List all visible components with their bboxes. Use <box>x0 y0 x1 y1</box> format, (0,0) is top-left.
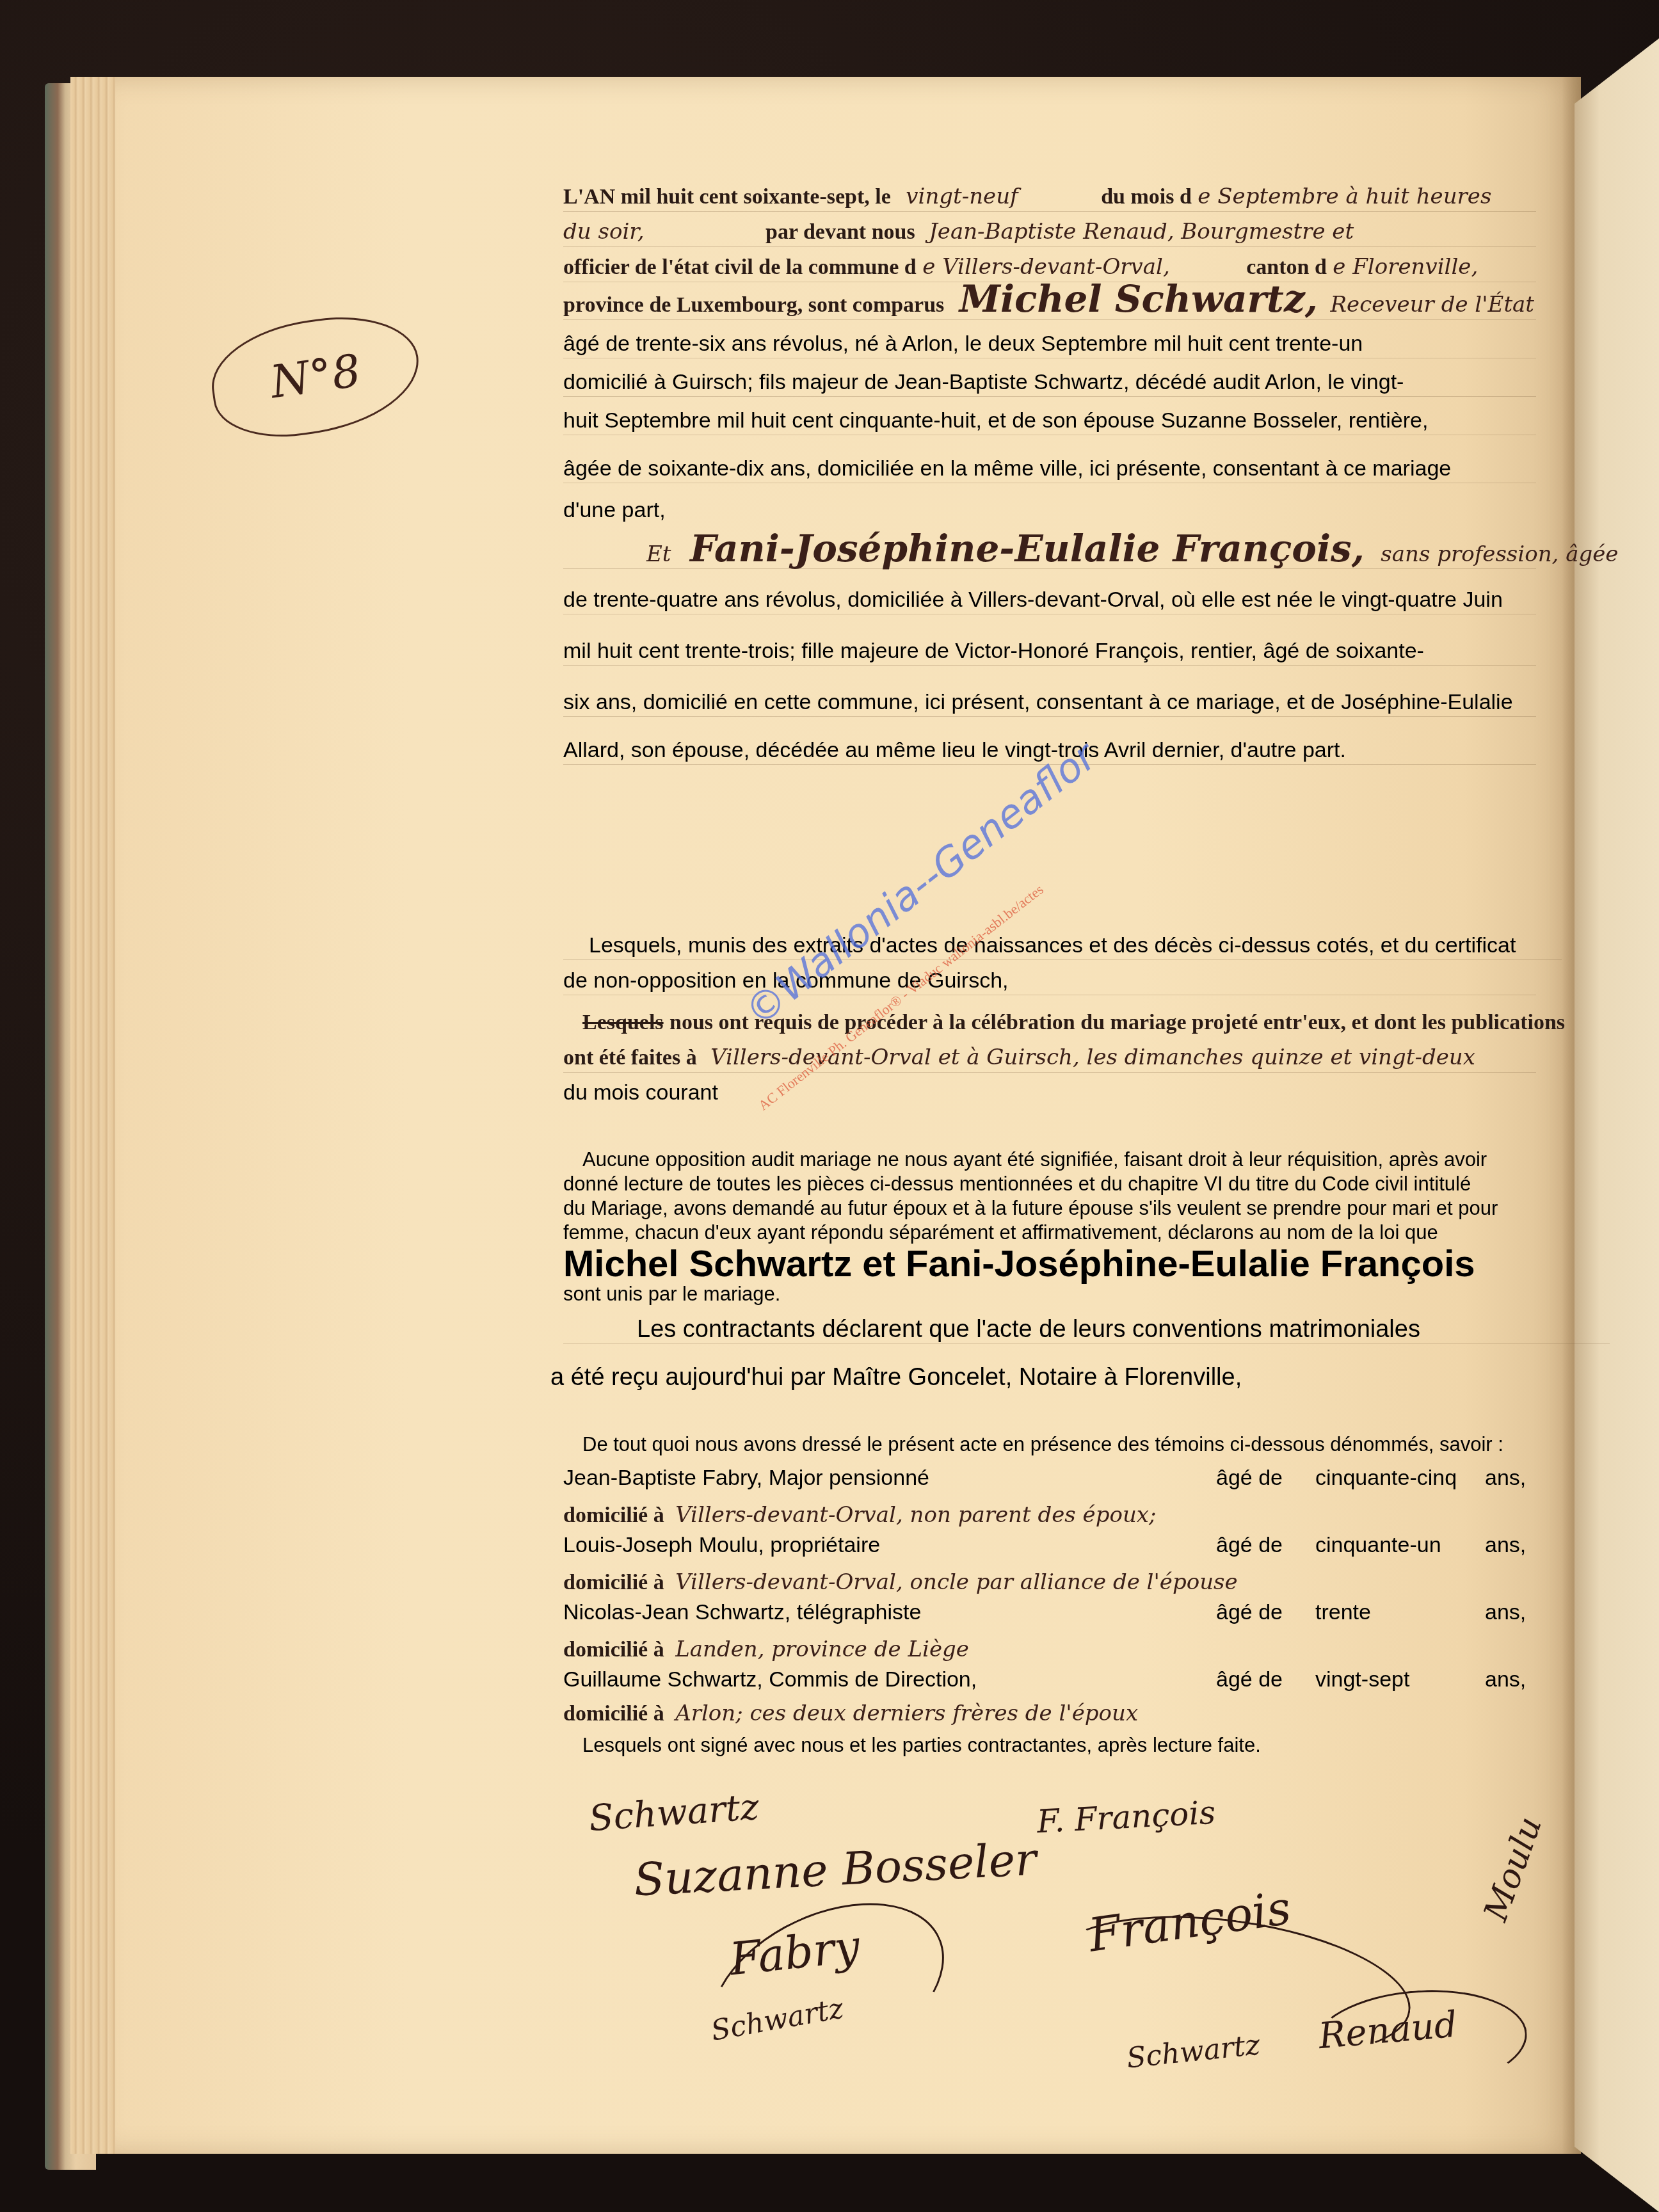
header-print: canton d <box>1246 255 1327 279</box>
publications-print: ont été faites à <box>563 1046 697 1070</box>
domicile-label: domicilié à <box>563 1702 664 1726</box>
united-statement: sont unis par le mariage. <box>563 1280 1536 1308</box>
time-of-day: du soir, <box>563 219 645 244</box>
commune-name: e Villers-devant-Orval, <box>922 254 1170 280</box>
header-print: L'AN mil huit cent soixante-sept, le <box>563 185 891 209</box>
bride-name: Fani-Joséphine-Eulalie François, <box>690 527 1365 570</box>
groom-line-3: huit Septembre mil huit cent cinquante-h… <box>563 406 1536 435</box>
ans-label: ans, <box>1485 1466 1526 1491</box>
witness-name: Louis-Joseph Moulu, propriétaire <box>563 1533 880 1558</box>
age-label: âgé de <box>1216 1466 1283 1491</box>
header-line-4: province de Luxembourg, sont comparus Mi… <box>563 285 1536 320</box>
contract-line-1: Les contractants déclarent que l'acte de… <box>563 1315 1610 1344</box>
ans-label: ans, <box>1485 1533 1526 1558</box>
ans-label: ans, <box>1485 1600 1526 1625</box>
canton-name: e Florenville, <box>1333 254 1478 280</box>
groom-line-5: d'une part, <box>563 496 1536 524</box>
witness-2: Louis-Joseph Moulu, propriétaire âgé de … <box>563 1533 1523 1565</box>
witness-name: Jean-Baptiste Fabry, Major pensionné <box>563 1466 929 1491</box>
bride-line-3: six ans, domicilié en cette commune, ici… <box>563 688 1536 717</box>
witness-age: trente <box>1315 1600 1371 1625</box>
publications-line-2: de non-opposition en la commune de Guirs… <box>563 966 1536 995</box>
bride-line-2: mil huit cent trente-trois; fille majeur… <box>563 637 1536 666</box>
page-stack <box>70 77 122 2154</box>
groom-line-2: domicilié à Guirsch; fils majeur de Jean… <box>563 368 1536 397</box>
witness-domicile: Arlon; ces deux derniers frères de l'épo… <box>675 1701 1138 1726</box>
witness-age: cinquante-cinq <box>1315 1466 1457 1491</box>
publications-line-1: Lesquels, munis des extraits d'actes de … <box>563 931 1562 960</box>
header-line-1: L'AN mil huit cent soixante-sept, le vin… <box>563 182 1536 212</box>
date-day: vingt-neuf <box>906 184 1018 209</box>
publications-line-4: ont été faites à Villers-devant-Orval et… <box>563 1043 1536 1073</box>
acte-number-text: N°8 <box>268 344 364 409</box>
witness-4-domicile: domicilié à Arlon; ces deux derniers frè… <box>563 1699 1536 1728</box>
witness-age: vingt-sept <box>1315 1667 1409 1692</box>
ans-label: ans, <box>1485 1667 1526 1692</box>
age-label: âgé de <box>1216 1533 1283 1558</box>
contract-line-2: a été reçu aujourd'hui par Maître Goncel… <box>550 1363 1523 1391</box>
witness-4: Guillaume Schwartz, Commis de Direction,… <box>563 1667 1523 1699</box>
witness-domicile: Landen, province de Liège <box>675 1637 969 1662</box>
publications-line-3: Lesquels nous ont requis de procéder à l… <box>563 1008 1536 1037</box>
header-print: par devant nous <box>765 220 915 244</box>
groom-profession: Receveur de l'État <box>1330 292 1534 317</box>
witness-age: cinquante-un <box>1315 1533 1441 1558</box>
bride-intro: Et <box>646 541 671 567</box>
header-print: officier de l'état civil de la commune d <box>563 255 917 279</box>
publications-line-5: du mois courant <box>563 1078 1536 1107</box>
bride-line-intro: Et Fani-Joséphine-Eulalie François, sans… <box>563 534 1536 569</box>
age-label: âgé de <box>1216 1600 1283 1625</box>
witness-name: Nicolas-Jean Schwartz, télégraphiste <box>563 1600 921 1625</box>
witness-3-domicile: domicilié à Landen, province de Liège <box>563 1635 1536 1664</box>
officer-name: Jean-Baptiste Renaud, Bourgmestre et <box>929 219 1354 244</box>
bride-profession: sans profession, âgée <box>1381 541 1618 567</box>
age-label: âgé de <box>1216 1667 1283 1692</box>
witness-name: Guillaume Schwartz, Commis de Direction, <box>563 1667 977 1692</box>
closing-statement: Lesquels ont signé avec nous et les part… <box>563 1731 1555 1759</box>
witness-3: Nicolas-Jean Schwartz, télégraphiste âgé… <box>563 1600 1523 1632</box>
witnesses-intro: De tout quoi nous avons dressé le présen… <box>563 1431 1555 1459</box>
groom-name: Michel Schwartz, <box>959 277 1318 321</box>
witness-domicile: Villers-devant-Orval, non parent des épo… <box>675 1502 1156 1528</box>
facing-page <box>1575 38 1659 2212</box>
date-month-hour: e Septembre à huit heures <box>1198 184 1491 209</box>
groom-line-1: âgé de trente-six ans révolus, né à Arlo… <box>563 330 1536 358</box>
domicile-label: domicilié à <box>563 1638 664 1662</box>
header-print: province de Luxembourg, sont comparus <box>563 293 944 317</box>
domicile-label: domicilié à <box>563 1571 664 1594</box>
witness-1-domicile: domicilié à Villers-devant-Orval, non pa… <box>563 1501 1536 1530</box>
witness-1: Jean-Baptiste Fabry, Major pensionné âgé… <box>563 1466 1523 1498</box>
struck-word: Lesquels <box>582 1011 664 1034</box>
witness-2-domicile: domicilié à Villers-devant-Orval, oncle … <box>563 1568 1536 1597</box>
header-line-2: du soir, par devant nous Jean-Baptiste R… <box>563 218 1536 247</box>
header-print: du mois d <box>1101 185 1192 209</box>
witness-domicile: Villers-devant-Orval, oncle par alliance… <box>675 1569 1237 1595</box>
domicile-label: domicilié à <box>563 1503 664 1527</box>
groom-line-4: âgée de soixante-dix ans, domiciliée en … <box>563 454 1536 483</box>
publications-print: nous ont requis de procéder à la célébra… <box>669 1011 1565 1034</box>
bride-line-1: de trente-quatre ans révolus, domiciliée… <box>563 586 1536 614</box>
